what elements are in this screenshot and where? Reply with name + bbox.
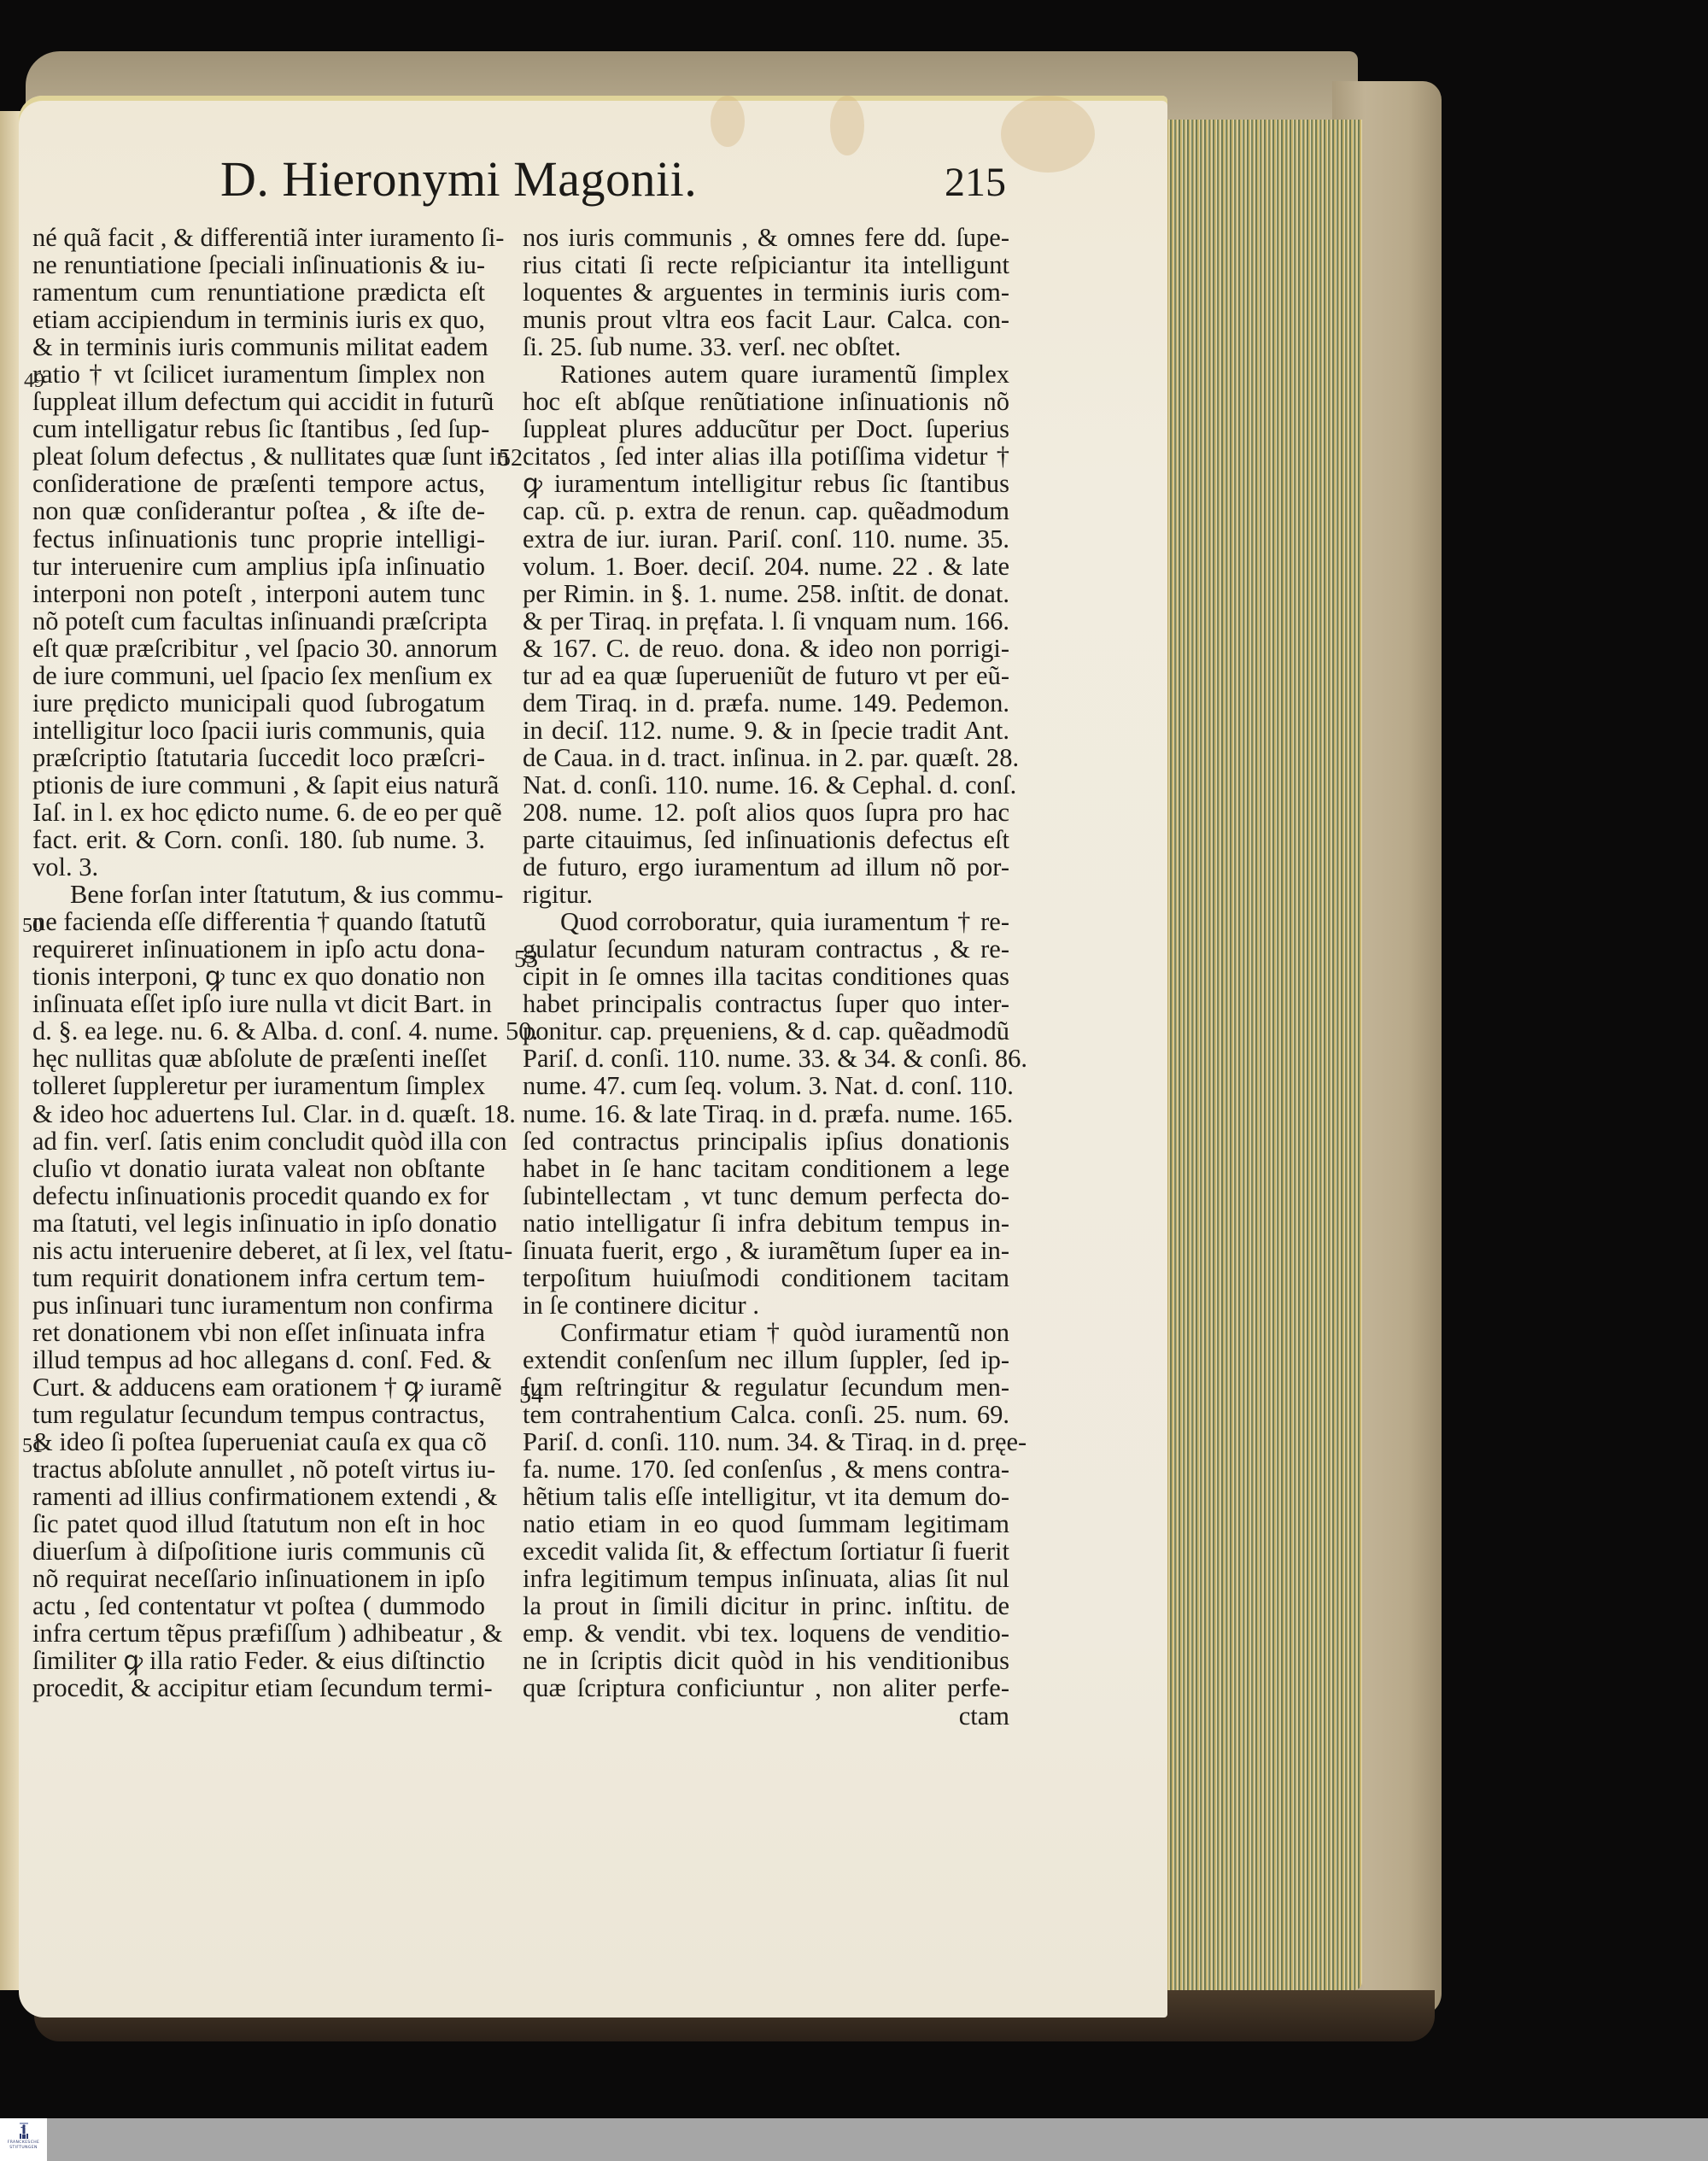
paragraph-start: Bene forſan inter ſtatutum, & ius commu- bbox=[32, 881, 485, 908]
text-line: & 167. C. de reuo. dona. & ideo non porr… bbox=[523, 635, 1009, 662]
paragraph-start: Quod corroboratur, quia iuramentum † re- bbox=[523, 908, 1009, 935]
text-line: nõ requirat neceſſario inſinuationem in … bbox=[32, 1565, 485, 1592]
text-line: emp. & vendit. vbi tex. loquens de vendi… bbox=[523, 1619, 1009, 1647]
text-line: actu , ſed contentatur vt poſtea ( dummo… bbox=[32, 1592, 485, 1619]
text-line: ad fin. verſ. ſatis enim concludit quòd … bbox=[32, 1127, 485, 1155]
text-line: de iure communi, uel ſpacio ſex menſium … bbox=[32, 662, 485, 689]
text-line: fectus inſinuationis tunc proprie intell… bbox=[32, 525, 485, 553]
text-line: nos iuris communis , & omnes fere dd. ſu… bbox=[523, 224, 1009, 251]
text-line: la prout in ſimili dicitur in princ. inſ… bbox=[523, 1592, 1009, 1619]
running-head: D. Hieronymi Magonii. 215 bbox=[220, 150, 1006, 219]
text-line: 208. nume. 12. poſt alios quos ſupra pro… bbox=[523, 799, 1009, 826]
text-line: loquentes & arguentes in terminis iuris … bbox=[523, 278, 1009, 306]
text-line: habet in ſe hanc tacitam conditionem a l… bbox=[523, 1155, 1009, 1182]
text-line: ſuppleat illum defectum qui accidit in f… bbox=[32, 388, 485, 415]
text-line: tum regulatur ſecundum tempus contractus… bbox=[32, 1401, 485, 1428]
text-line: ſum reſtringitur & regulatur ſecundum me… bbox=[523, 1373, 1009, 1401]
page-fore-edge bbox=[1161, 120, 1362, 1990]
text-line: intelligitur loco ſpacii iuris communis,… bbox=[32, 717, 485, 744]
text-line: Iaſ. in l. ex hoc ędicto nume. 6. de eo … bbox=[32, 799, 485, 826]
text-line: infra certum tẽpus præfiſſum ) adhibeatu… bbox=[32, 1619, 485, 1647]
text-line: pleat ſolum defectus , & nullitates quæ … bbox=[32, 442, 485, 470]
text-line: excedit valida ſit, & effectum ſortiatur… bbox=[523, 1537, 1009, 1565]
text-line: vol. 3. bbox=[32, 853, 485, 881]
text-line: in deciſ. 112. nume. 9. & in ſpecie trad… bbox=[523, 717, 1009, 744]
text-column-left: né quã facit , & differentiã inter iuram… bbox=[32, 224, 485, 1702]
text-line: interponi non poteſt , interponi autem t… bbox=[32, 580, 485, 607]
text-line: nume. 16. & late Tiraq. in d. præfa. num… bbox=[523, 1100, 1009, 1127]
text-line: ptionis de iure communi , & ſapit eius n… bbox=[32, 771, 485, 799]
text-line: & ideo hoc aduertens Iul. Clar. in d. qu… bbox=[32, 1100, 485, 1127]
text-line: illud tempus ad hoc allegans d. conſ. Fe… bbox=[32, 1346, 485, 1373]
text-line: pus inſinuari tunc iuramentum non confir… bbox=[32, 1291, 485, 1319]
text-line: tractus abſolute annullet , nõ poteſt vi… bbox=[32, 1455, 485, 1483]
text-line: ſic patet quod illud ſtatutum non eſt in… bbox=[32, 1510, 485, 1537]
text-line: cluſio vt donatio iurata valeat non obſt… bbox=[32, 1155, 485, 1182]
text-line: ramenti ad illius confirmationem extendi… bbox=[32, 1483, 485, 1510]
text-line: Pariſ. d. conſi. 110. nume. 33. & 34. & … bbox=[523, 1045, 1009, 1072]
text-line: natio intelligatur ſi infra debitum temp… bbox=[523, 1209, 1009, 1237]
text-line: ne in ſcriptis dicit quòd in his venditi… bbox=[523, 1647, 1009, 1674]
text-line: gulatur ſecundum naturam contractus , & … bbox=[523, 935, 1009, 963]
text-line: cum intelligatur rebus ſic ſtantibus , ſ… bbox=[32, 415, 485, 442]
text-line: ſi. 25. ſub nume. 33. verſ. nec obſtet. bbox=[523, 333, 1009, 360]
text-line: tum requirit donationem infra certum tem… bbox=[32, 1264, 485, 1291]
text-line: extra de iur. iuran. Pariſ. conſ. 110. n… bbox=[523, 525, 1009, 553]
text-line: hoc eſt abſque renũtiatione inſinuationi… bbox=[523, 388, 1009, 415]
text-column-right: nos iuris communis , & omnes fere dd. ſu… bbox=[523, 224, 1009, 1730]
text-line: requireret inſinuationem in ipſo actu do… bbox=[32, 935, 485, 963]
text-line: tur ad ea quæ ſuperueniũt de futuro vt p… bbox=[523, 662, 1009, 689]
text-line: conſideratione de præſenti tempore actus… bbox=[32, 470, 485, 497]
text-line: & per Tiraq. in pręfata. l. ſi vnquam nu… bbox=[523, 607, 1009, 635]
running-title: D. Hieronymi Magonii. bbox=[220, 150, 697, 208]
text-line: ne facienda eſſe differentia † quando ſt… bbox=[32, 908, 485, 935]
text-line: ramentum cum renuntiatione prædicta eſt bbox=[32, 278, 485, 306]
text-line: per Rimin. in §. 1. nume. 258. inſtit. d… bbox=[523, 580, 1009, 607]
water-stain bbox=[711, 96, 745, 147]
text-line: hẽtium talis eſſe intelligitur, vt ita d… bbox=[523, 1483, 1009, 1510]
text-line: nis actu interuenire deberet, at ſi lex,… bbox=[32, 1237, 485, 1264]
text-line: tem contrahentium Calca. conſi. 25. num.… bbox=[523, 1401, 1009, 1428]
text-line: ne renuntiatione ſpeciali inſinuationis … bbox=[32, 251, 485, 278]
text-line: in ſe continere dicitur . bbox=[523, 1291, 1009, 1319]
text-line: de futuro, ergo iuramentum ad illum nõ p… bbox=[523, 853, 1009, 881]
text-line: iure prędicto municipali quod ſubrogatum bbox=[32, 689, 485, 717]
text-line: nume. 47. cum ſeq. volum. 3. Nat. d. con… bbox=[523, 1072, 1009, 1099]
text-line: Pariſ. d. conſi. 110. num. 34. & Tiraq. … bbox=[523, 1428, 1009, 1455]
text-line: hęc nullitas quæ abſolute de præſenti in… bbox=[32, 1045, 485, 1072]
text-line: ponitur. cap. pręueniens, & d. cap. quẽa… bbox=[523, 1017, 1009, 1045]
text-line: natio etiam in eo quod ſummam legitimam bbox=[523, 1510, 1009, 1537]
text-line: cap. cũ. p. extra de renun. cap. quẽadmo… bbox=[523, 497, 1009, 524]
institution-logo[interactable]: FRANCKESCHE STIFTUNGEN bbox=[0, 2118, 47, 2161]
text-line: d. §. ea lege. nu. 6. & Alba. d. conſ. 4… bbox=[32, 1017, 485, 1045]
text-line: ꝙ iuramentum intelligitur rebus ſic ſtan… bbox=[523, 470, 1009, 497]
text-line: Nat. d. conſi. 110. nume. 16. & Cephal. … bbox=[523, 771, 1009, 799]
viewer-footer-bar bbox=[0, 2118, 1708, 2161]
text-line: quæ ſcriptura conficiuntur , non aliter … bbox=[523, 1674, 1009, 1701]
text-line: ratio † vt ſcilicet iuramentum ſimplex n… bbox=[32, 360, 485, 388]
text-line: tionis interponi, ꝙ tunc ex quo donatio … bbox=[32, 963, 485, 990]
page-number: 215 bbox=[945, 159, 1006, 206]
water-stain bbox=[830, 96, 864, 155]
text-line: diuerſum à diſpoſitione iuris communis c… bbox=[32, 1537, 485, 1565]
text-line: habet principalis contractus ſuper quo i… bbox=[523, 990, 1009, 1017]
text-line: procedit, & accipitur etiam ſecundum ter… bbox=[32, 1674, 485, 1701]
text-line: & ideo ſi poſtea ſuperueniat cauſa ex qu… bbox=[32, 1428, 485, 1455]
text-line: etiam accipiendum in terminis iuris ex q… bbox=[32, 306, 485, 333]
text-line: dem Tiraq. in d. præfa. nume. 149. Pedem… bbox=[523, 689, 1009, 717]
text-line: ſubintellectam , vt tunc demum perfecta … bbox=[523, 1182, 1009, 1209]
paragraph-start: Confirmatur etiam † quòd iuramentũ non bbox=[523, 1319, 1009, 1346]
text-line: ſuppleat plures adducũtur per Doct. ſupe… bbox=[523, 415, 1009, 442]
text-line: inſinuata eſſet ipſo iure nulla vt dicit… bbox=[32, 990, 485, 1017]
text-line: rigitur. bbox=[523, 881, 1009, 908]
text-line: né quã facit , & differentiã inter iuram… bbox=[32, 224, 485, 251]
text-line: præſcriptio ſtatutaria ſuccedit loco præ… bbox=[32, 744, 485, 771]
logo-text-line2: STIFTUNGEN bbox=[9, 2146, 38, 2151]
text-line: defectu inſinuationis procedit quando ex… bbox=[32, 1182, 485, 1209]
text-line: & in terminis iuris communis militat ead… bbox=[32, 333, 485, 360]
text-line: munis prout vltra eos facit Laur. Calca.… bbox=[523, 306, 1009, 333]
text-line: tolleret ſuppleretur per iuramentum ſimp… bbox=[32, 1072, 485, 1099]
text-line: nõ poteſt cum facultas inſinuandi præſcr… bbox=[32, 607, 485, 635]
text-line: eſt quæ præſcribitur , vel ſpacio 30. an… bbox=[32, 635, 485, 662]
text-line: terpoſitum huiuſmodi conditionem tacitam bbox=[523, 1264, 1009, 1291]
text-line: ſinuata fuerit, ergo , & iuramẽtum ſuper… bbox=[523, 1237, 1009, 1264]
text-line: ret donationem vbi non eſſet inſinuata i… bbox=[32, 1319, 485, 1346]
text-line: Curt. & adducens eam orationem † ꝙ iuram… bbox=[32, 1373, 485, 1401]
text-line: ſimiliter ꝙ illa ratio Feder. & eius diſ… bbox=[32, 1647, 485, 1674]
text-line: volum. 1. Boer. deciſ. 204. nume. 22 . &… bbox=[523, 553, 1009, 580]
paragraph-start: Rationes autem quare iuramentũ ſimplex bbox=[523, 360, 1009, 388]
text-line: parte citauimus, ſed inſinuationis defec… bbox=[523, 826, 1009, 853]
text-line: non quæ conſiderantur poſtea , & iſte de… bbox=[32, 497, 485, 524]
text-line: rius citati ſi recte reſpiciantur ita in… bbox=[523, 251, 1009, 278]
text-line: ſed contractus principalis ipſius donati… bbox=[523, 1127, 1009, 1155]
text-line: ma ſtatuti, vel legis inſinuatio in ipſo… bbox=[32, 1209, 485, 1237]
text-line: infra legitimum tempus inſinuata, alias … bbox=[523, 1565, 1009, 1592]
text-line: fa. nume. 170. ſed conſenſus , & mens co… bbox=[523, 1455, 1009, 1483]
text-line: cipit in ſe omnes illa tacitas condition… bbox=[523, 963, 1009, 990]
water-stain bbox=[1001, 96, 1095, 173]
catchword: ctam bbox=[523, 1702, 1009, 1730]
text-line: citatos , ſed inter alias illa potiſſima… bbox=[523, 442, 1009, 470]
text-line: tur interuenire cum amplius ipſa inſinua… bbox=[32, 553, 485, 580]
statue-figure-icon bbox=[18, 2122, 30, 2141]
text-line: fact. erit. & Corn. conſi. 180. ſub nume… bbox=[32, 826, 485, 853]
text-line: de Caua. in d. tract. inſinua. in 2. par… bbox=[523, 744, 1009, 771]
text-line: extendit conſenſum nec illum ſuppler, ſe… bbox=[523, 1346, 1009, 1373]
